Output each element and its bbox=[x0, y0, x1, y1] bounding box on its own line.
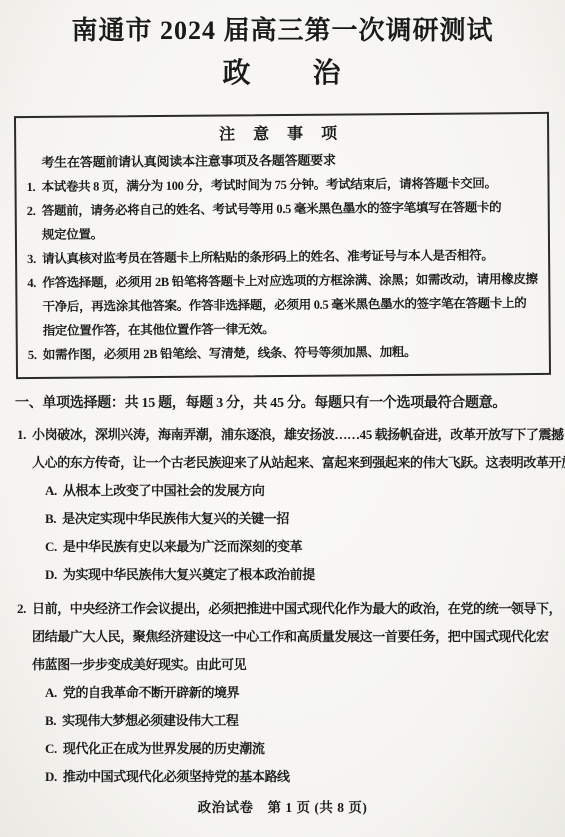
notice-item-4-number: 4. bbox=[27, 271, 36, 295]
notice-item-1-number: 1. bbox=[26, 175, 35, 199]
option-label: D. bbox=[45, 567, 57, 582]
question-2-number: 2. bbox=[17, 595, 26, 623]
option-label: B. bbox=[45, 511, 56, 526]
question-1-number: 1. bbox=[17, 421, 26, 449]
notice-item-5-line: 如需作图，必须用 2B 铅笔绘、写清楚，线条、符号等须加黑、加粗。 bbox=[43, 339, 539, 367]
question-2-option-a: A.党的自我革命不断开辟新的境界 bbox=[45, 679, 565, 707]
notice-item-2-line: 答题前，请务必将自己的姓名、考试号等用 0.5 毫米黑色墨水的签字笔填写在答题卡… bbox=[42, 195, 538, 223]
exam-title: 南通市 2024 届高三第一次调研测试 bbox=[0, 0, 565, 48]
notice-heading: 注 意 事 项 bbox=[26, 120, 537, 150]
notice-item-2: 2. 答题前，请务必将自己的姓名、考试号等用 0.5 毫米黑色墨水的签字笔填写在… bbox=[27, 195, 538, 247]
option-label: C. bbox=[45, 741, 57, 756]
option-text: 是决定实现中华民族伟大复兴的关键一招 bbox=[62, 511, 289, 526]
notice-item-3-number: 3. bbox=[27, 247, 36, 271]
question-1-stem-line: 人心的东方传奇，让一个古老民族迎来了从站起来、富起来到强起来的伟大飞跃。这表明改… bbox=[32, 449, 565, 477]
question-1-option-a: A.从根本上改变了中国社会的发展方向 bbox=[45, 477, 565, 505]
notice-item-5-number: 5. bbox=[28, 343, 37, 367]
question-1-option-c: C.是中华民族有史以来最为广泛而深刻的变革 bbox=[45, 533, 565, 561]
question-2: 2. 日前，中央经济工作会议提出，必须把推进中国式现代化作为最大的政治，在党的统… bbox=[17, 595, 565, 791]
notice-box: 注 意 事 项 考生在答题前请认真阅读本注意事项及各题答题要求 1. 本试卷共 … bbox=[14, 112, 551, 379]
option-text: 现代化正在成为世界发展的历史潮流 bbox=[63, 741, 265, 756]
exam-page: 南通市 2024 届高三第一次调研测试 政 治 注 意 事 项 考生在答题前请认… bbox=[0, 0, 565, 837]
option-label: C. bbox=[45, 539, 57, 554]
notice-item-4: 4. 作答选择题，必须用 2B 铅笔将答题卡上对应选项的方框涂满、涂黑；如需改动… bbox=[27, 267, 539, 343]
notice-item-2-number: 2. bbox=[27, 199, 36, 223]
question-2-option-b: B.实现伟大梦想必须建设伟大工程 bbox=[45, 707, 565, 735]
option-text: 为实现中华民族伟大复兴奠定了根本政治前提 bbox=[63, 567, 315, 582]
option-label: A. bbox=[45, 685, 57, 700]
question-1-stem-line: 小岗破冰，深圳兴涛，海南弄潮，浦东逐浪，雄安扬波……45 载扬帆奋进，改革开放写… bbox=[32, 421, 565, 449]
question-1-option-d: D.为实现中华民族伟大复兴奠定了根本政治前提 bbox=[45, 561, 565, 589]
question-1: 1. 小岗破冰，深圳兴涛，海南弄潮，浦东逐浪，雄安扬波……45 载扬帆奋进，改革… bbox=[17, 421, 565, 589]
notice-item-4-line: 干净后，再选涂其他答案。作答非选择题，必须用 0.5 毫米黑色墨水的签字笔在答题… bbox=[42, 291, 538, 319]
question-2-stem-line: 日前，中央经济工作会议提出，必须把推进中国式现代化作为最大的政治，在党的统一领导… bbox=[32, 595, 565, 623]
option-text: 是中华民族有史以来最为广泛而深刻的变革 bbox=[63, 539, 302, 554]
question-2-option-d: D.推动中国式现代化必须坚持党的基本路线 bbox=[45, 763, 565, 791]
option-text: 推动中国式现代化必须坚持党的基本路线 bbox=[63, 769, 290, 784]
option-label: A. bbox=[45, 483, 57, 498]
question-2-stem-line: 团结最广大人民，聚焦经济建设这一中心工作和高质量发展这一首要任务，把中国式现代化… bbox=[32, 623, 565, 651]
option-text: 党的自我革命不断开辟新的境界 bbox=[63, 685, 239, 700]
option-text: 从根本上改变了中国社会的发展方向 bbox=[63, 483, 265, 498]
page-footer: 政治试卷 第 1 页 (共 8 页) bbox=[0, 796, 565, 816]
option-label: B. bbox=[45, 713, 56, 728]
question-2-option-c: C.现代化正在成为世界发展的历史潮流 bbox=[45, 735, 565, 763]
notice-item-5: 5. 如需作图，必须用 2B 铅笔绘、写清楚，线条、符号等须加黑、加粗。 bbox=[28, 339, 539, 367]
question-2-stem-line: 伟蓝图一步步变成美好现实。由此可见 bbox=[32, 651, 565, 679]
option-text: 实现伟大梦想必须建设伟大工程 bbox=[62, 713, 238, 728]
exam-subject: 政 治 bbox=[0, 56, 565, 92]
option-label: D. bbox=[45, 769, 57, 784]
section-heading-multiple-choice: 一、单项选择题：共 15 题，每题 3 分，共 45 分。每题只有一个选项最符合… bbox=[15, 391, 565, 417]
question-1-option-b: B.是决定实现中华民族伟大复兴的关键一招 bbox=[45, 505, 565, 533]
